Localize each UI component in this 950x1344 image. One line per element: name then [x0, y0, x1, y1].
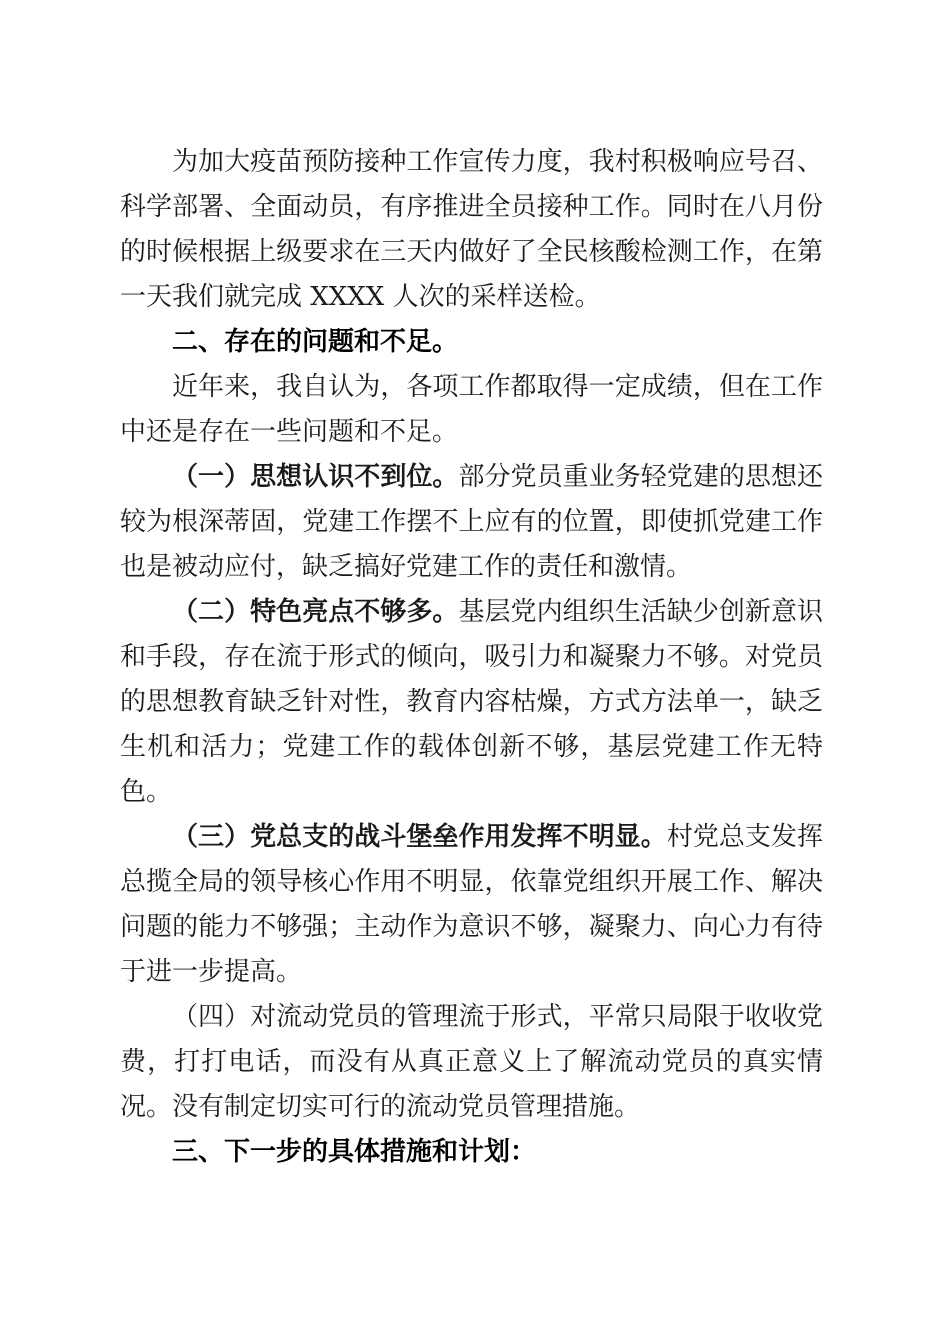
paragraph-vaccination: 为加大疫苗预防接种工作宣传力度，我村积极响应号召、科学部署、全面动员，有序推进全…	[120, 140, 823, 320]
paragraph-text: （四）对流动党员的管理流于形式，平常只局限于收收党费，打打电话，而没有从真正意义…	[120, 1002, 823, 1122]
paragraph-item-1: （一）思想认识不到位。部分党员重业务轻党建的思想还较为根深蒂固，党建工作摆不上应…	[120, 455, 823, 590]
paragraph-item-3: （三）党总支的战斗堡垒作用发挥不明显。村党总支发挥总揽全局的领导核心作用不明显，…	[120, 815, 823, 995]
paragraph-recent-years: 近年来，我自认为，各项工作都取得一定成绩，但在工作中还是存在一些问题和不足。	[120, 365, 823, 455]
paragraph-text: 近年来，我自认为，各项工作都取得一定成绩，但在工作中还是存在一些问题和不足。	[120, 372, 823, 447]
paragraph-lead: （二）特色亮点不够多。	[172, 597, 458, 627]
paragraph-text: 为加大疫苗预防接种工作宣传力度，我村积极响应号召、科学部署、全面动员，有序推进全…	[120, 147, 823, 312]
document-page: 为加大疫苗预防接种工作宣传力度，我村积极响应号召、科学部署、全面动员，有序推进全…	[0, 0, 950, 1344]
section-heading-problems: 二、存在的问题和不足。	[120, 320, 823, 365]
paragraph-item-2: （二）特色亮点不够多。基层党内组织生活缺少创新意识和手段，存在流于形式的倾向，吸…	[120, 590, 823, 815]
paragraph-lead: （一）思想认识不到位。	[172, 462, 458, 492]
document-body: 为加大疫苗预防接种工作宣传力度，我村积极响应号召、科学部署、全面动员，有序推进全…	[120, 140, 823, 1175]
heading-text: 二、存在的问题和不足。	[172, 327, 458, 357]
paragraph-lead: （三）党总支的战斗堡垒作用发挥不明显。	[172, 822, 667, 852]
heading-text: 三、下一步的具体措施和计划：	[172, 1137, 536, 1167]
paragraph-item-4: （四）对流动党员的管理流于形式，平常只局限于收收党费，打打电话，而没有从真正意义…	[120, 995, 823, 1130]
section-heading-next-steps: 三、下一步的具体措施和计划：	[120, 1130, 823, 1175]
paragraph-text: 基层党内组织生活缺少创新意识和手段，存在流于形式的倾向，吸引力和凝聚力不够。对党…	[120, 597, 823, 807]
